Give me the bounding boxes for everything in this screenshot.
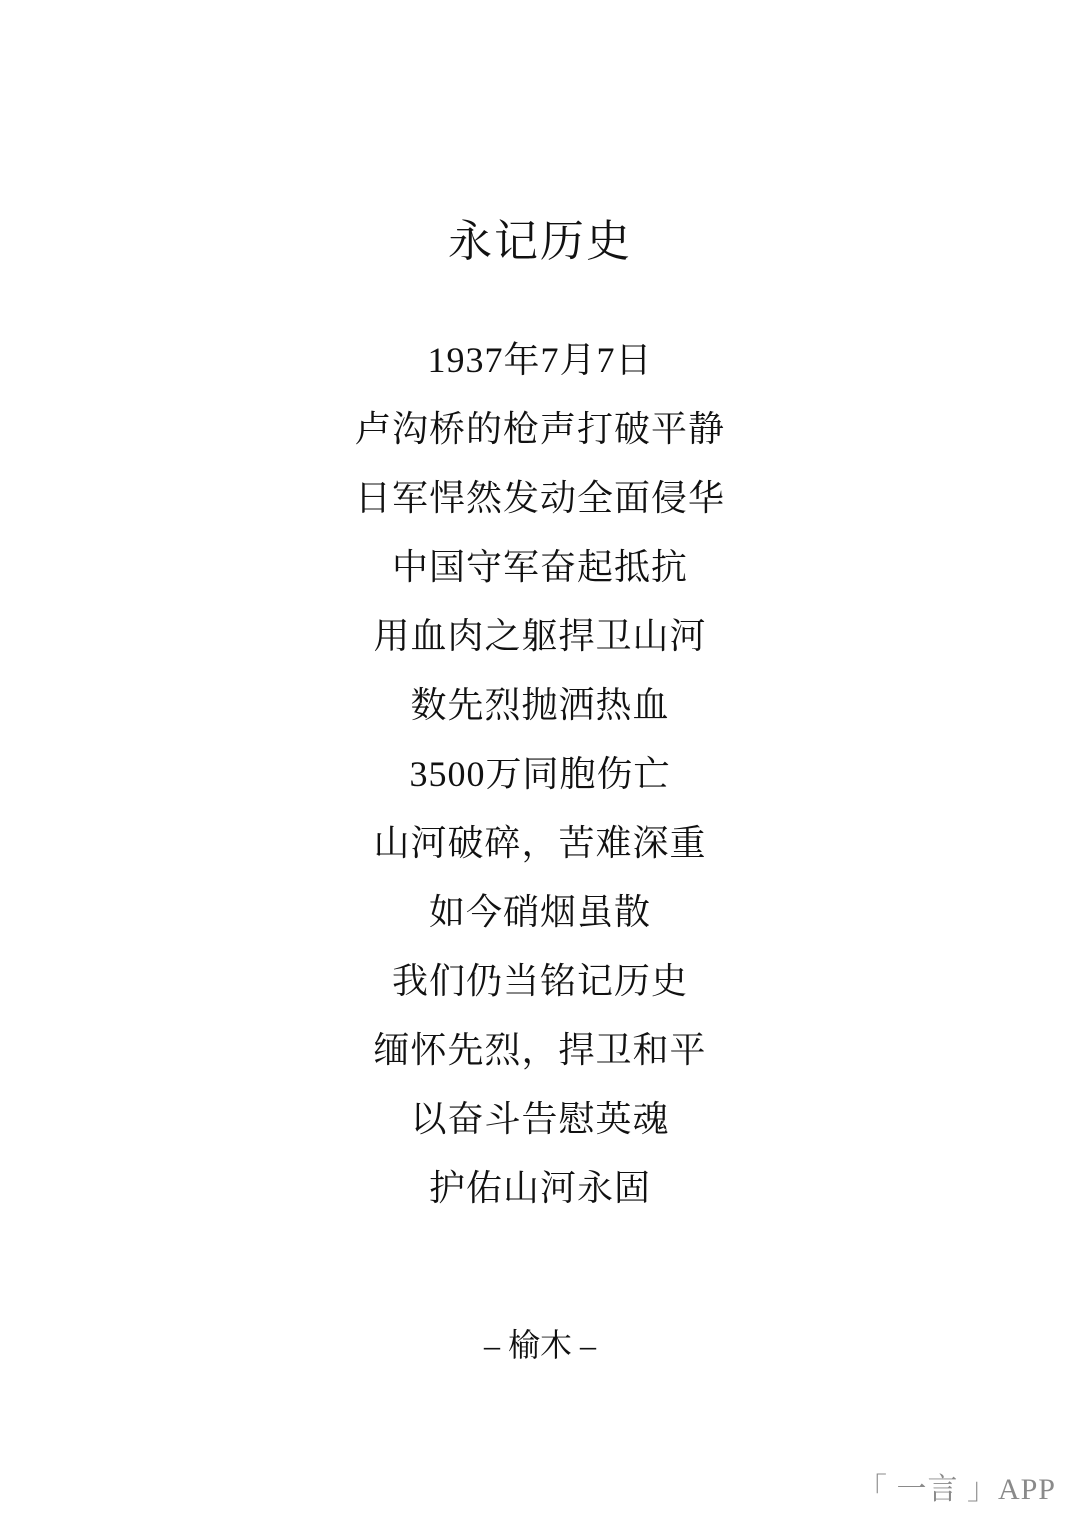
poem-line: 数先烈抛洒热血 [0, 671, 1080, 740]
poem-card: 永记历史 1937年7月7日 卢沟桥的枪声打破平静 日军悍然发动全面侵华 中国守… [0, 0, 1080, 1534]
poem-line: 3500万同胞伤亡 [0, 740, 1080, 809]
author-signature: –榆木– [0, 1320, 1080, 1370]
poem-line: 用血肉之躯捍卫山河 [0, 602, 1080, 671]
poem-body: 1937年7月7日 卢沟桥的枪声打破平静 日军悍然发动全面侵华 中国守军奋起抵抗… [0, 326, 1080, 1223]
poem-line: 如今硝烟虽散 [0, 878, 1080, 947]
poem-line: 日军悍然发动全面侵华 [0, 464, 1080, 533]
poem-title: 永记历史 [0, 212, 1080, 272]
poem-line: 1937年7月7日 [0, 326, 1080, 395]
app-watermark: 「 一言 」APP [857, 1470, 1056, 1510]
poem-line: 卢沟桥的枪声打破平静 [0, 395, 1080, 464]
poem-line: 中国守军奋起抵抗 [0, 533, 1080, 602]
poem-line: 护佑山河永固 [0, 1154, 1080, 1223]
author-name: 榆木 [508, 1327, 572, 1363]
author-dash-right: – [572, 1320, 604, 1370]
poem-line: 山河破碎，苦难深重 [0, 809, 1080, 878]
poem-line: 我们仍当铭记历史 [0, 947, 1080, 1016]
author-dash-left: – [476, 1320, 508, 1370]
poem-line: 缅怀先烈，捍卫和平 [0, 1016, 1080, 1085]
poem-line: 以奋斗告慰英魂 [0, 1085, 1080, 1154]
